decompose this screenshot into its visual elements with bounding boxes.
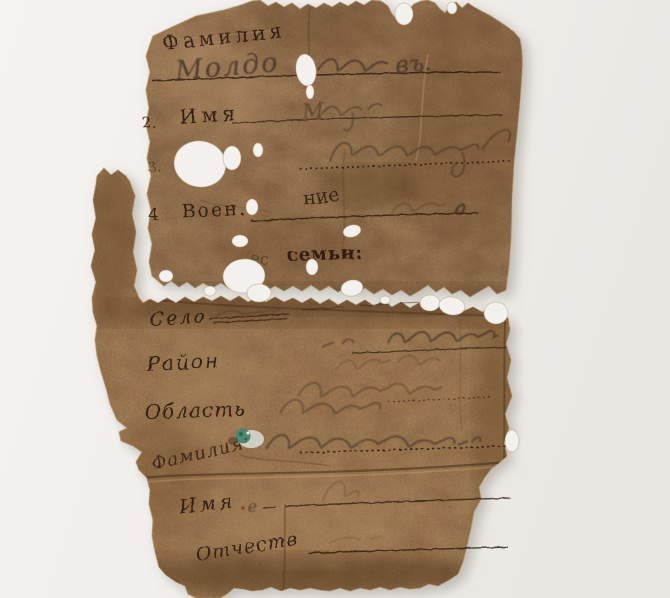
scanned-document-page: Фамилия 2. Имя 3. 4 Воен.з ние ес семьи:…	[0, 0, 670, 598]
hole-seam	[204, 286, 216, 296]
label-district: Район	[145, 348, 221, 376]
stain-speck	[239, 432, 243, 436]
hole-seam	[306, 259, 318, 275]
label-oblast: Область	[144, 396, 246, 424]
hole-seam	[380, 296, 390, 304]
hole	[395, 3, 413, 25]
label-row2-number: 2.	[141, 113, 157, 132]
stain-shadow	[228, 437, 238, 445]
stain-speck	[245, 438, 248, 441]
hole	[232, 235, 248, 247]
hole	[246, 199, 258, 215]
label-row3-number: 3.	[147, 159, 162, 176]
label-family: семьи:	[286, 242, 363, 266]
label-rank-part2: ние	[302, 184, 341, 210]
handwriting-name-entry: М	[300, 98, 325, 124]
hole-seam	[247, 284, 271, 302]
stain-sparkle	[255, 441, 259, 445]
handwriting-surname-entry-b: въ.	[394, 50, 432, 79]
handwriting-name2-entry: е	[247, 496, 258, 516]
label-village: Село	[149, 305, 208, 331]
scan-canvas: Фамилия 2. Имя 3. 4 Воен.з ние ес семьи:…	[0, 0, 670, 598]
hole	[253, 143, 263, 157]
stain-sparkle	[247, 432, 250, 435]
hole	[447, 2, 457, 14]
label-name: Имя	[179, 101, 241, 129]
hole-seam	[159, 270, 173, 282]
hole-edge	[505, 430, 519, 452]
handwriting-name2-dot	[241, 506, 244, 509]
hole-seam	[484, 302, 508, 324]
label-row4-number: 4	[148, 205, 159, 225]
hole	[223, 146, 241, 170]
hole	[306, 85, 314, 99]
hole-seam	[420, 295, 440, 311]
